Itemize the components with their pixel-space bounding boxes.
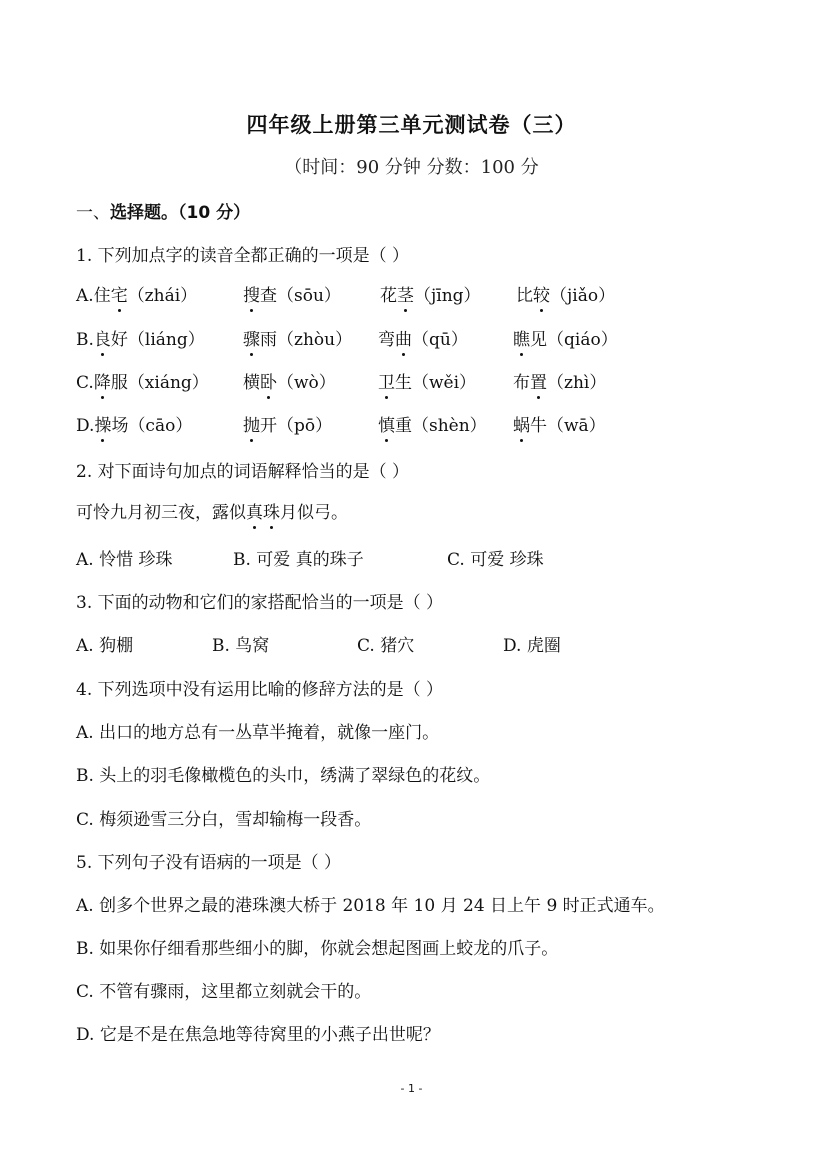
- q2-option-b: B. 可爱 真的珠子: [233, 545, 364, 570]
- q1-option-d-item4: 蜗牛（wā）: [513, 411, 606, 436]
- q4-option-a: A. 出口的地方总有一丛草半掩着，就像一座门。: [76, 718, 439, 743]
- dotted-char: 卧: [260, 368, 277, 393]
- exam-info: （时间：90 分钟 分数：100 分: [0, 153, 823, 179]
- q5-option-c: C. 不管有骤雨，这里都立刻就会干的。: [76, 977, 371, 1002]
- q3-option-d: D. 虎圈: [503, 631, 561, 656]
- dotted-char: 蜗: [513, 411, 530, 436]
- question-4-stem: 4. 下列选项中没有运用比喻的修辞方法的是（ ）: [76, 675, 443, 700]
- dotted-char: 瞧: [513, 325, 530, 350]
- q2-option-a: A. 怜惜 珍珠: [76, 545, 173, 570]
- question-3-stem: 3. 下面的动物和它们的家搭配恰当的一项是（ ）: [76, 588, 443, 613]
- dotted-char: 珠: [263, 498, 280, 523]
- dotted-char: 较: [533, 281, 550, 306]
- q4-option-b: B. 头上的羽毛像橄榄色的头巾，绣满了翠绿色的花纹。: [76, 761, 490, 786]
- q1-option-b-item4: 瞧见（qiáo）: [513, 325, 618, 350]
- q1-option-d-item3: 慎重（shèn）: [378, 411, 487, 436]
- page-title: 四年级上册第三单元测试卷（三）: [0, 109, 823, 139]
- q1-option-b-item2: 骤雨（zhòu）: [243, 325, 352, 350]
- question-5-stem: 5. 下列句子没有语病的一项是（ ）: [76, 848, 341, 873]
- q1-option-a-item2: 搜查（sōu）: [243, 281, 341, 306]
- dotted-char: 真: [246, 498, 263, 523]
- q1-option-a: A.住宅（zhái）: [76, 281, 197, 306]
- q1-option-c-item2: 横卧（wò）: [243, 368, 336, 393]
- dotted-char: 茎: [397, 281, 414, 306]
- q5-option-d: D. 它是不是在焦急地等待窝里的小燕子出世呢？: [76, 1020, 440, 1045]
- q5-option-a: A. 创多个世界之最的港珠澳大桥于 2018 年 10 月 24 日上午 9 时…: [76, 891, 665, 916]
- q1-option-b-item3: 弯曲（qū）: [378, 325, 468, 350]
- dotted-char: 搜: [243, 281, 260, 306]
- dotted-char: 抛: [243, 411, 260, 436]
- q3-option-a: A. 狗棚: [76, 631, 133, 656]
- dotted-char: 慎: [378, 411, 395, 436]
- section-title: 选择题。（10 分）: [110, 203, 250, 223]
- q1-option-c-item3: 卫生（wěi）: [378, 368, 476, 393]
- q1-option-c-item4: 布置（zhì）: [513, 368, 606, 393]
- dotted-char: 曲: [395, 325, 412, 350]
- q1-option-c: C.降服（xiáng）: [76, 368, 209, 393]
- q1-option-d: D.操场（cāo）: [76, 411, 192, 436]
- q4-option-c: C. 梅须逊雪三分白，雪却输梅一段香。: [76, 805, 371, 830]
- q1-option-d-item2: 抛开（pō）: [243, 411, 332, 436]
- dotted-char: 降: [94, 368, 111, 393]
- dotted-char: 良: [94, 325, 111, 350]
- q1-option-a-item3: 花茎（jīng）: [380, 281, 481, 306]
- q1-option-b: B.良好（liáng）: [76, 325, 205, 350]
- section-heading: 一、选择题。（10 分）: [76, 198, 250, 223]
- q1-option-a-item4: 比较（jiǎo）: [516, 281, 615, 306]
- page-number: - 1 -: [0, 1082, 823, 1095]
- dotted-char: 宅: [111, 281, 128, 306]
- dotted-char: 卫: [378, 368, 395, 393]
- section-prefix: 一、: [76, 203, 110, 223]
- question-1-stem: 1. 下列加点字的读音全都正确的一项是（ ）: [76, 241, 409, 266]
- dotted-char: 骤: [243, 325, 260, 350]
- question-2-stem: 2. 对下面诗句加点的词语解释恰当的是（ ）: [76, 457, 409, 482]
- dotted-char: 置: [530, 368, 547, 393]
- q3-option-c: C. 猪穴: [357, 631, 414, 656]
- q3-option-b: B. 鸟窝: [212, 631, 269, 656]
- question-2-poem: 可怜九月初三夜，露似真珠月似弓。: [76, 498, 348, 523]
- q2-option-c: C. 可爱 珍珠: [447, 545, 544, 570]
- q5-option-b: B. 如果你仔细看那些细小的脚，你就会想起图画上蛟龙的爪子。: [76, 934, 558, 959]
- dotted-char: 操: [94, 411, 111, 436]
